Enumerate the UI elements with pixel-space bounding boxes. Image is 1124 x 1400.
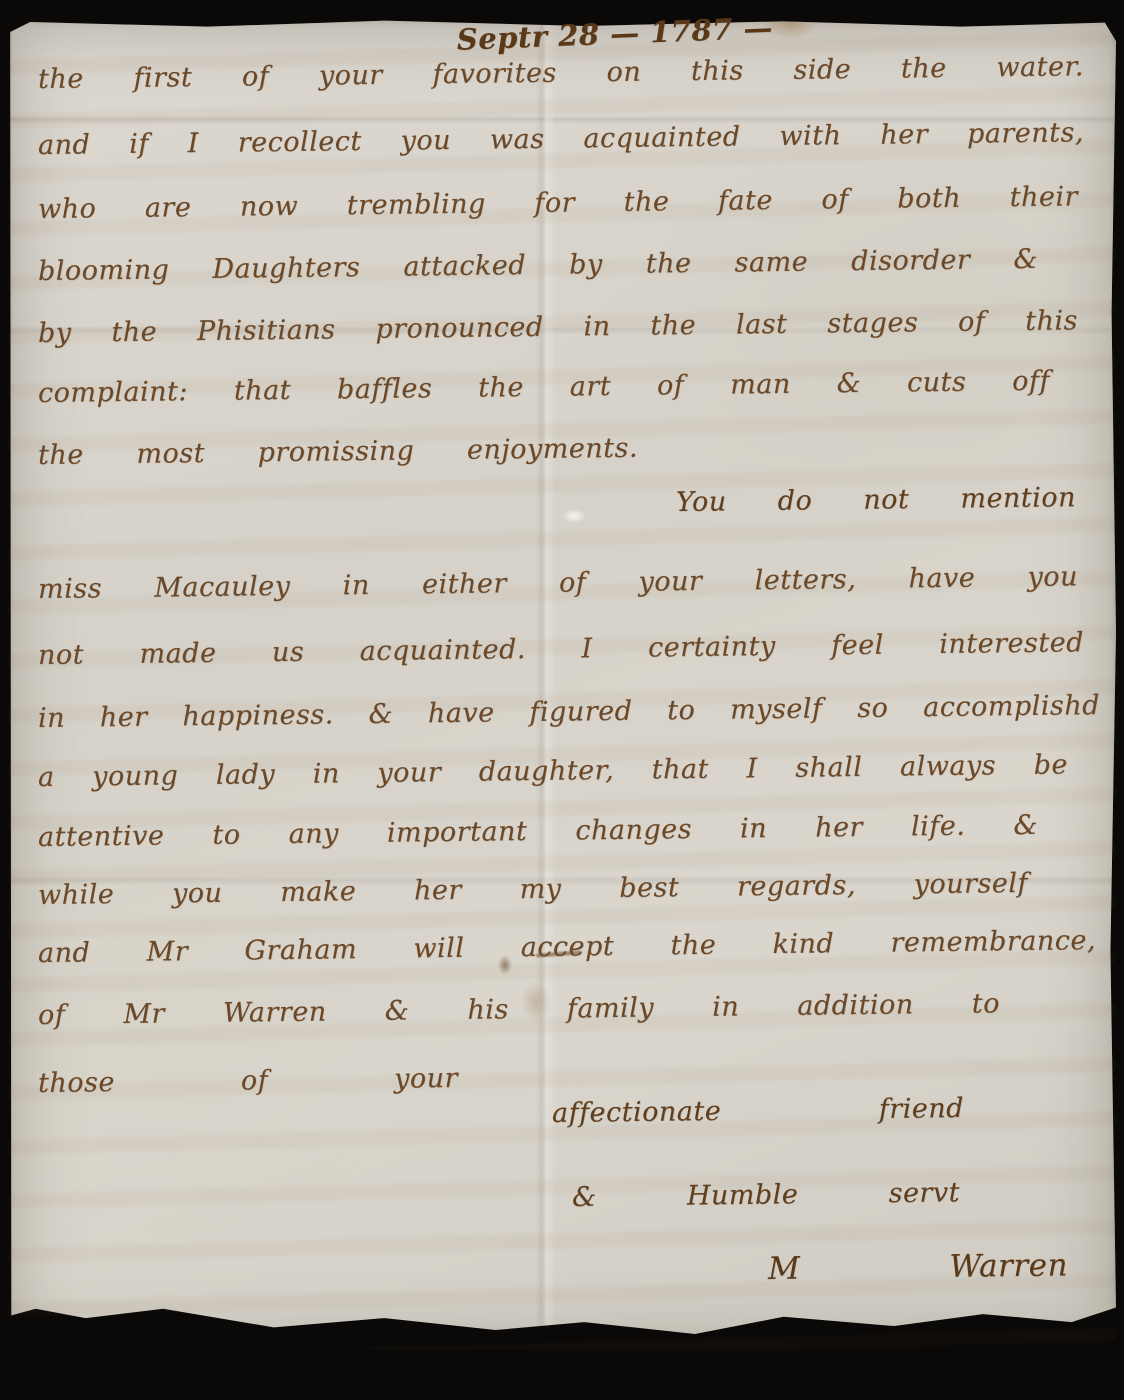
letter-line: You do not mention <box>676 482 1076 518</box>
letter-line: those of your <box>38 1063 458 1099</box>
closing-salutation: affectionate friend <box>552 1093 964 1129</box>
signature: M Warren <box>768 1248 1068 1287</box>
closing-humble-servant: & Humble servt <box>572 1177 960 1213</box>
